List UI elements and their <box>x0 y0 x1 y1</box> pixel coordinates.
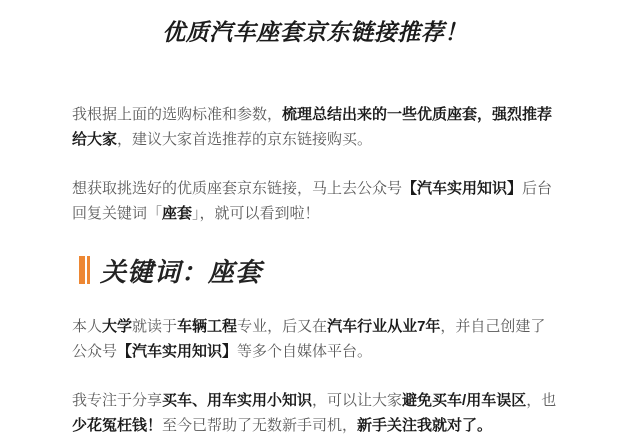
text-run-bold: 买车、用车实用小知识 <box>162 392 312 409</box>
text-run: 就读于 <box>132 318 177 335</box>
text-run-bold: 汽车行业从业7年 <box>327 318 440 335</box>
text-run: ，建议大家首选推荐的京东链接购买。 <box>117 131 372 148</box>
text-run-bold: 【汽车实用知识】 <box>117 343 237 360</box>
text-run-bold: 车辆工程 <box>177 318 237 335</box>
text-run-bold: 大学 <box>102 318 132 335</box>
article-content: 我根据上面的选购标准和参数，梳理总结出来的一些优质座套，强烈推荐给大家，建议大家… <box>0 102 630 438</box>
text-run-bold: 新手关注我就对了。 <box>357 417 492 434</box>
text-run: 至今已帮助了无数新手司机， <box>162 417 357 434</box>
text-run: 我专注于分享 <box>72 392 162 409</box>
article-page: 优质汽车座套京东链接推荐！ 我根据上面的选购标准和参数，梳理总结出来的一些优质座… <box>0 0 630 441</box>
text-run: 想获取挑选好的优质座套京东链接，马上去公众号 <box>72 180 402 197</box>
text-run: ，也 <box>526 392 556 409</box>
text-run: ，可以让大家 <box>312 392 402 409</box>
text-run-bold: 【汽车实用知识】 <box>402 180 522 197</box>
text-run: 等多个自媒体平台。 <box>237 343 372 360</box>
text-run-bold: 避免买车/用车误区 <box>402 392 526 409</box>
text-run: 」，就可以看到啦！ <box>192 205 320 222</box>
text-run: 专业，后又在 <box>237 318 327 335</box>
paragraph-how-to-get-links: 想获取挑选好的优质座套京东链接，马上去公众号【汽车实用知识】后台回复关键词「座套… <box>72 176 558 226</box>
paragraph-recommendation: 我根据上面的选购标准和参数，梳理总结出来的一些优质座套，强烈推荐给大家，建议大家… <box>72 102 558 152</box>
text-run: 本人 <box>72 318 102 335</box>
orange-double-bar-icon <box>79 256 90 284</box>
section-heading: 关键词：座套 <box>79 252 558 288</box>
article-title: 优质汽车座套京东链接推荐！ <box>24 16 606 48</box>
paragraph-author-mission: 我专注于分享买车、用车实用小知识，可以让大家避免买车/用车误区，也少花冤枉钱！至… <box>72 388 558 438</box>
text-run-bold: 座套 <box>162 205 192 222</box>
text-run-bold: 少花冤枉钱！ <box>72 417 162 434</box>
section-heading-text: 关键词：座套 <box>100 252 262 289</box>
text-run: 我根据上面的选购标准和参数， <box>72 106 282 123</box>
paragraph-author-background: 本人大学就读于车辆工程专业，后又在汽车行业从业7年，并自己创建了公众号【汽车实用… <box>72 314 558 364</box>
